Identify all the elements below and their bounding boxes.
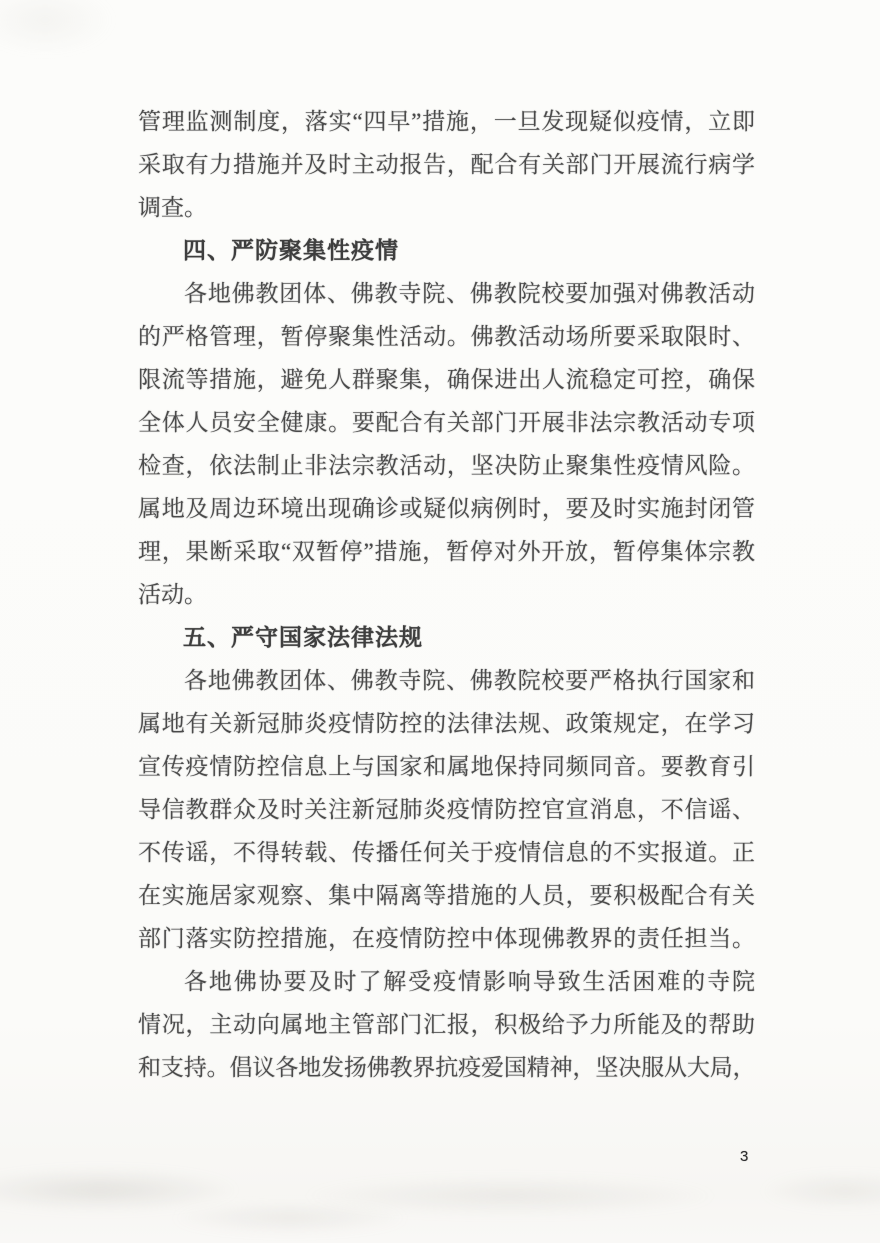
- text-line: 活动。: [138, 573, 755, 616]
- text-line: 全体人员安全健康。要配合有关部门开展非法宗教活动专项: [138, 401, 755, 444]
- document-text-block: 管理监测制度，落实“四早”措施，一旦发现疑似疫情，立即 采取有力措施并及时主动报…: [138, 100, 755, 1089]
- scan-smudge: [170, 1202, 410, 1234]
- text-line: 和支持。倡议各地发扬佛教界抗疫爱国精神，坚决服从大局，: [138, 1046, 755, 1089]
- text-line: 情况，主动向属地主管部门汇报，积极给予力所能及的帮助: [138, 1003, 755, 1046]
- text-line: 各地佛教团体、佛教寺院、佛教院校要严格执行国家和: [138, 659, 755, 702]
- text-line: 调查。: [138, 186, 755, 229]
- text-line: 检查，依法制止非法宗教活动，坚决防止聚集性疫情风险。: [138, 444, 755, 487]
- scan-smudge: [300, 1176, 720, 1216]
- text-line: 的严格管理，暂停聚集性活动。佛教活动场所要采取限时、: [138, 315, 755, 358]
- section-heading-five: 五、严守国家法律法规: [138, 616, 755, 659]
- text-line: 属地及周边环境出现确诊或疑似病例时，要及时实施封闭管: [138, 487, 755, 530]
- text-line: 理，果断采取“双暂停”措施，暂停对外开放，暂停集体宗教: [138, 530, 755, 573]
- text-line: 部门落实防控措施，在疫情防控中体现佛教界的责任担当。: [138, 917, 755, 960]
- scan-smudge: [760, 1172, 880, 1210]
- page-number: 3: [740, 1148, 748, 1165]
- text-line: 宣传疫情防控信息上与国家和属地保持同频同音。要教育引: [138, 745, 755, 788]
- text-line: 不传谣，不得转载、传播任何关于疫情信息的不实报道。正: [138, 831, 755, 874]
- scan-smudge: [0, 0, 115, 55]
- text-line: 各地佛教团体、佛教寺院、佛教院校要加强对佛教活动: [138, 272, 755, 315]
- text-line: 采取有力措施并及时主动报告，配合有关部门开展流行病学: [138, 143, 755, 186]
- text-line: 管理监测制度，落实“四早”措施，一旦发现疑似疫情，立即: [138, 100, 755, 143]
- scan-smudge: [0, 1168, 240, 1212]
- scanned-document-page: 管理监测制度，落实“四早”措施，一旦发现疑似疫情，立即 采取有力措施并及时主动报…: [0, 0, 880, 1243]
- section-heading-four: 四、严防聚集性疫情: [138, 229, 755, 272]
- text-line: 各地佛协要及时了解受疫情影响导致生活困难的寺院: [138, 960, 755, 1003]
- text-line: 在实施居家观察、集中隔离等措施的人员，要积极配合有关: [138, 874, 755, 917]
- text-line: 限流等措施，避免人群聚集，确保进出人流稳定可控，确保: [138, 358, 755, 401]
- text-line: 导信教群众及时关注新冠肺炎疫情防控官宣消息，不信谣、: [138, 788, 755, 831]
- text-line: 属地有关新冠肺炎疫情防控的法律法规、政策规定，在学习: [138, 702, 755, 745]
